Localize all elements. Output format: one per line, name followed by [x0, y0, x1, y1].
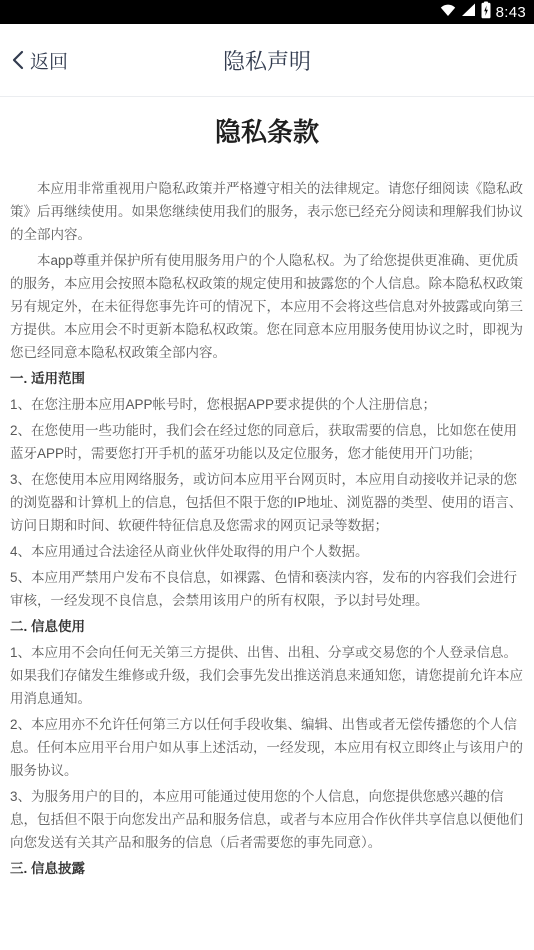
wifi-icon [440, 3, 456, 22]
intro-paragraphs: 本应用非常重视用户隐私政策并严格遵守相关的法律规定。请您仔细阅读《隐私政策》后再… [10, 177, 524, 364]
section-item: 3、为服务用户的目的，本应用可能通过使用您的个人信息，向您提供您感兴趣的信息，包… [10, 785, 524, 854]
section-item: 2、本应用亦不允许任何第三方以任何手段收集、编辑、出售或者无偿传播您的个人信息。… [10, 713, 524, 782]
policy-section: 一. 适用范围1、在您注册本应用APP帐号时，您根据APP要求提供的个人注册信息… [10, 367, 524, 612]
intro-paragraph: 本app尊重并保护所有使用服务用户的个人隐私权。为了给您提供更准确、更优质的服务… [10, 249, 524, 364]
section-item: 5、本应用严禁用户发布不良信息，如裸露、色情和亵渎内容，发布的内容我们会进行审核… [10, 566, 524, 612]
page-title: 隐私声明 [0, 45, 534, 76]
chevron-left-icon [12, 50, 24, 70]
section-item: 2、在您使用一些功能时，我们会在经过您的同意后，获取需要的信息，比如您在使用蓝牙… [10, 419, 524, 465]
nav-bar: 返回 隐私声明 [0, 24, 534, 97]
policy-section: 二. 信息使用1、本应用不会向任何无关第三方提供、出售、出租、分享或交易您的个人… [10, 615, 524, 854]
document-title: 隐私条款 [10, 117, 524, 147]
status-bar: 8:43 [0, 0, 534, 24]
section-heading: 二. 信息使用 [10, 615, 524, 638]
section-item: 3、在您使用本应用网络服务，或访问本应用平台网页时，本应用自动接收并记录的您的浏… [10, 468, 524, 537]
section-item: 1、本应用不会向任何无关第三方提供、出售、出租、分享或交易您的个人登录信息。如果… [10, 641, 524, 710]
section-item: 4、本应用通过合法途径从商业伙伴处取得的用户个人数据。 [10, 540, 524, 563]
section-item: 1、在您注册本应用APP帐号时，您根据APP要求提供的个人注册信息； [10, 393, 524, 416]
status-time: 8:43 [496, 4, 526, 21]
privacy-document: 隐私条款 本应用非常重视用户隐私政策并严格遵守相关的法律规定。请您仔细阅读《隐私… [0, 117, 534, 880]
cellular-signal-icon [461, 3, 476, 22]
back-button[interactable]: 返回 [0, 47, 80, 74]
sections: 一. 适用范围1、在您注册本应用APP帐号时，您根据APP要求提供的个人注册信息… [10, 367, 524, 880]
back-button-label: 返回 [30, 47, 68, 74]
intro-paragraph: 本应用非常重视用户隐私政策并严格遵守相关的法律规定。请您仔细阅读《隐私政策》后再… [10, 177, 524, 246]
battery-charging-icon [481, 1, 491, 24]
policy-section: 三. 信息披露 [10, 857, 524, 880]
section-heading: 三. 信息披露 [10, 857, 524, 880]
status-icons [440, 1, 491, 24]
section-heading: 一. 适用范围 [10, 367, 524, 390]
